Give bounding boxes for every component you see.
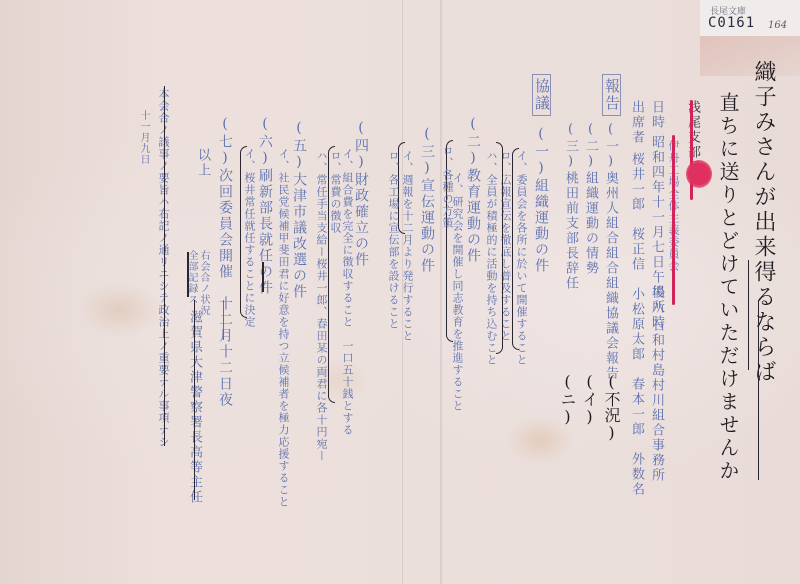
scanned-document-page: 長尾文庫 C0161 164 織子みさんが出来得るならば 直ちに送りとどけていた… — [0, 0, 800, 584]
resolution-item-1-sub-1: イ、委員会を各所に於いて開催すること — [516, 150, 527, 366]
report-title: 報告 — [602, 74, 621, 116]
red-seal — [686, 160, 712, 188]
resolution-item-4-sub-2: ロ、常費の徴収 — [330, 150, 341, 234]
attendees-label: 出席者 — [630, 100, 643, 145]
ink-stroke — [187, 252, 189, 297]
archive-label: 長尾文庫 C0161 164 — [700, 0, 800, 36]
resolution-title: 協議 — [532, 74, 551, 116]
report-item-1: (一)奥州人組合組合組織協議会報告 — [604, 122, 617, 381]
resolution-item-2-heading: (二)教育運動の件 — [466, 116, 479, 264]
pencil-mark-1: (ニ) — [556, 372, 579, 426]
resolution-item-3-sub-3: ロ、各工場に宣伝部を設けること — [388, 150, 399, 330]
resolution-item-4-heading: (四)財政確立の件 — [354, 120, 367, 268]
archive-page-note: 164 — [768, 20, 787, 31]
resolution-item-3-sub-2: イ、週報を十二月より発行すること — [402, 150, 413, 342]
ink-stroke — [164, 86, 165, 446]
ink-note-line-2: 直ちに送りとどけていただけませんか — [718, 92, 738, 483]
pencil-mark-2: (イ) — [578, 372, 601, 426]
bracket — [496, 142, 503, 354]
ink-stroke — [758, 300, 759, 480]
resolution-item-7: (七)次回委員会開催 十二月十二日夜 — [218, 116, 231, 408]
red-strikethrough — [672, 135, 675, 305]
ink-stroke — [194, 300, 195, 500]
closing-text: 以上 — [196, 148, 209, 178]
resolution-item-1-heading: (一)組織運動の件 — [534, 126, 547, 274]
side-note-a: 右会合ノ状況 — [198, 250, 209, 316]
report-item-2: (二)組織運動の情勢 — [584, 122, 597, 276]
resolution-item-3-sub-1: ロ、各種の方策 — [442, 145, 453, 229]
dash-line — [223, 300, 224, 340]
pencil-mark-3: (不況) — [600, 372, 623, 442]
ink-note-line-1: 織子みさんが出来得るならば — [752, 60, 774, 385]
ink-stroke — [748, 260, 749, 370]
date-note: 十一月九日 — [138, 110, 149, 165]
resolution-item-6-heading: (六)刷新部長就任の件 — [258, 116, 271, 296]
ink-stroke — [262, 262, 264, 292]
attendees-value: 桜井一郎 桜正信 小松原太郎 春本一郎 外数名 — [630, 152, 643, 497]
tape-residue — [700, 36, 800, 76]
report-item-3: (三)桃田前支部長辞任 — [564, 122, 577, 291]
resolution-item-4-sub-3: ハ、常任手当支給ー桜井一郎、春田某の両君に各十円宛ー — [316, 150, 327, 462]
resolution-item-4-sub-1: イ、組合費を完全に徴収すること 一口五十銭とする — [342, 148, 353, 436]
resolution-item-5-heading: (五)大津市議改選の件 — [292, 120, 305, 300]
date-label: 日時 — [650, 100, 663, 130]
resolution-item-5-sub-1: イ、社民党候補甲斐田君に好意を持つ立候補者を極力応援すること — [278, 148, 289, 508]
place-value: 石和村島村川組合事務所 — [650, 318, 663, 483]
archive-code: C0161 — [708, 15, 755, 31]
page-fold — [440, 0, 442, 584]
resolution-item-6-sub-1: イ、桜井常任就任することに決定 — [244, 148, 255, 328]
place-label: 場所 — [650, 285, 663, 315]
resolution-item-3-heading: (三)宣伝運動の件 — [420, 126, 433, 274]
